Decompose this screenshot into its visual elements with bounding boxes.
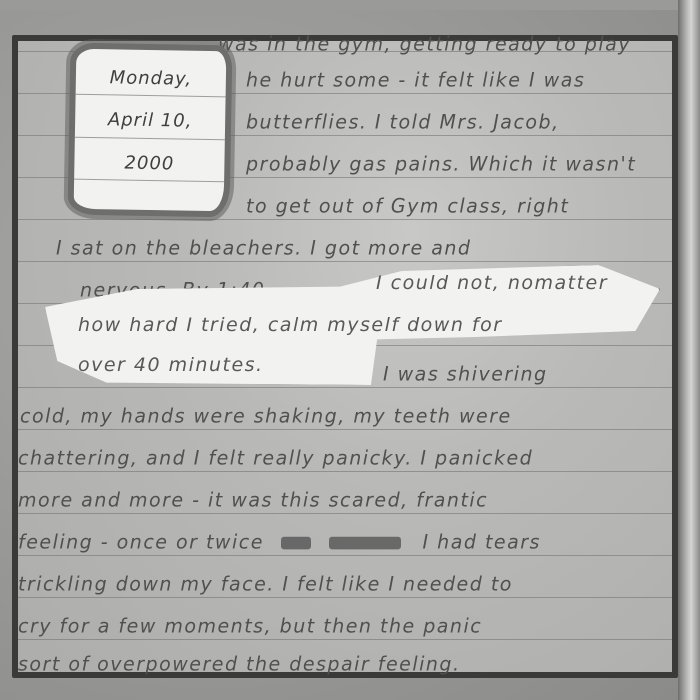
date-year: 2000: [74, 152, 224, 176]
ruled-line: [18, 597, 672, 598]
patch-text-line-7-right: I could not, nomatter: [376, 272, 608, 294]
date-month-day: April 10,: [75, 109, 225, 133]
ruled-line: [18, 513, 672, 514]
top-edge: [0, 0, 700, 10]
text-line-3: butterflies. I told Mrs. Jacob,: [246, 110, 560, 133]
date-card-torn-paper: Monday, April 10, 2000: [74, 49, 227, 212]
ruled-line: [18, 429, 672, 430]
text-line-11: chattering, and I felt really panicky. I…: [18, 446, 533, 469]
text-line-5: to get out of Gym class, right: [246, 194, 569, 217]
right-page-edge: [678, 0, 700, 700]
text-line-6: I sat on the bleachers. I got more and: [56, 236, 471, 259]
text-line-15: cry for a few moments, but then the pani…: [18, 614, 482, 637]
text-line-1: was in the gym, getting ready to play: [218, 32, 631, 55]
scribbled-out-word: [329, 536, 401, 549]
text-line-10: cold, my hands were shaking, my teeth we…: [20, 404, 512, 427]
date-day: Monday,: [76, 67, 226, 91]
ruled-line: [76, 94, 226, 98]
text-line-14: trickling down my face. I felt like I ne…: [18, 572, 513, 595]
ruled-line: [75, 137, 225, 141]
patch-text-line-8: how hard I tried, calm myself down for: [78, 314, 503, 336]
text-line-13-left: feeling - once or twice: [18, 530, 264, 553]
text-line-13-right: I had tears: [423, 530, 541, 553]
ruled-line: [18, 261, 672, 262]
ruled-line: [74, 179, 224, 183]
scribbled-out-word: [281, 536, 311, 549]
text-line-4: probably gas pains. Which it wasn't: [246, 152, 636, 175]
text-line-12: more and more - it was this scared, fran…: [18, 488, 488, 511]
ruled-line: [18, 555, 672, 556]
patch-text-line-9-left: over 40 minutes.: [78, 354, 264, 376]
ruled-line: [18, 471, 672, 472]
ruled-line: [18, 639, 672, 640]
ruled-line: [18, 219, 672, 220]
text-line-16: sort of overpowered the despair feeling.: [18, 652, 461, 675]
text-line-9-right: I was shivering: [383, 362, 548, 385]
ruled-line: [18, 387, 672, 388]
text-line-13: feeling - once or twice I had tears: [18, 530, 541, 553]
text-line-2: he hurt some - it felt like I was: [246, 68, 585, 91]
